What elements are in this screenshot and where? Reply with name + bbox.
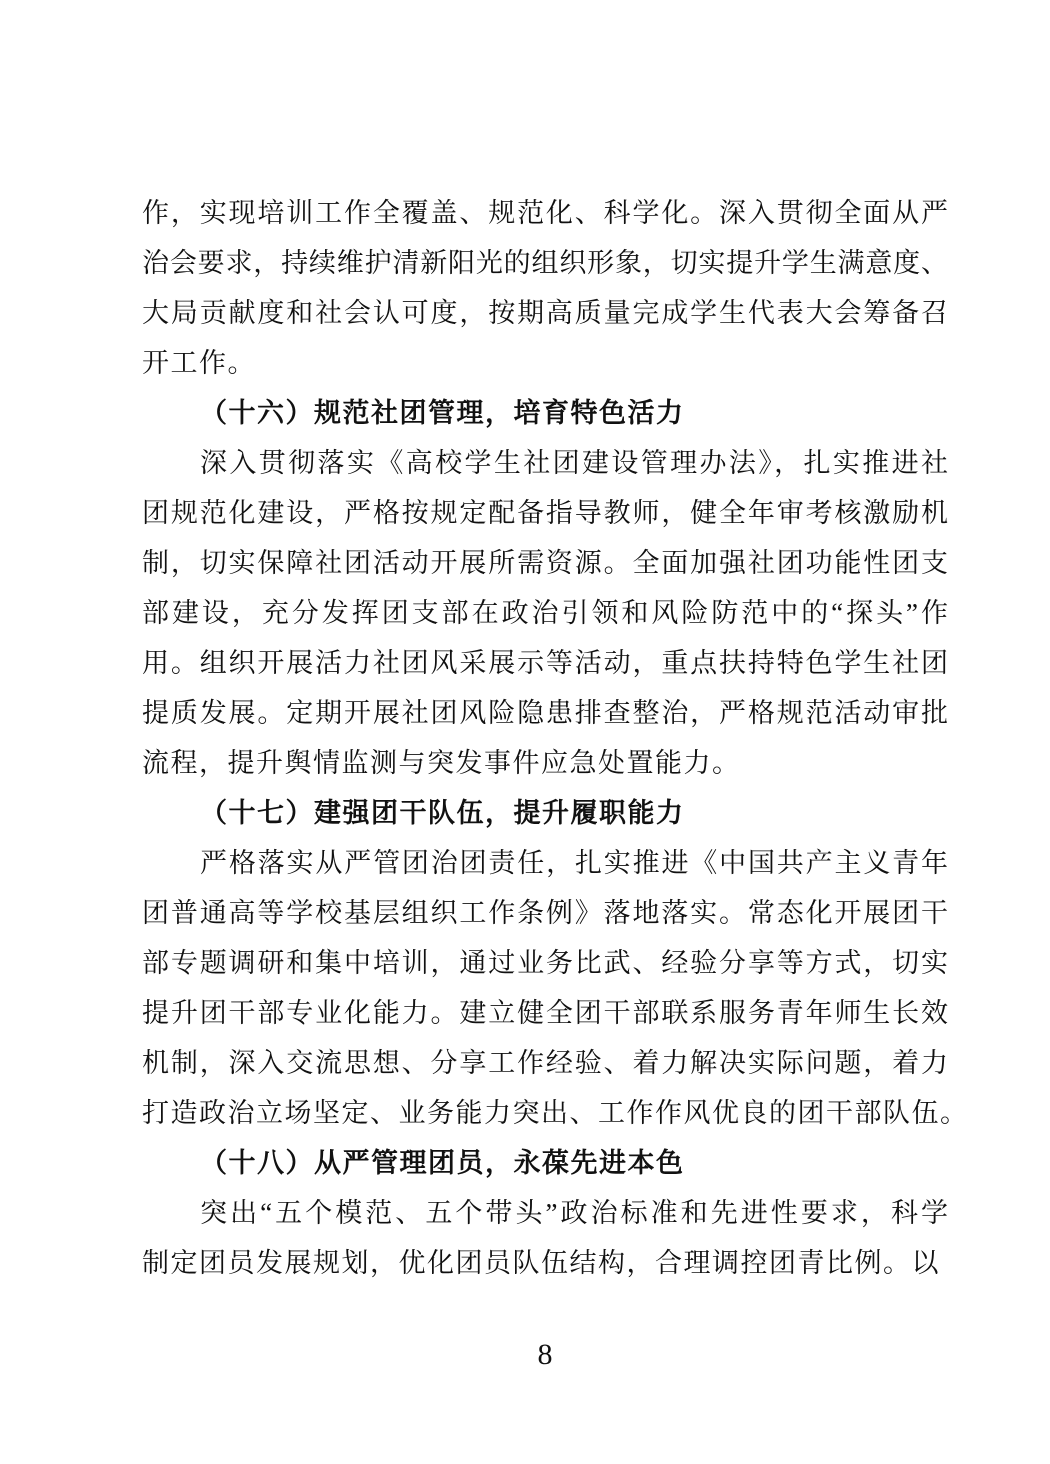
body-text-line: 提升团干部专业化能力。建立健全团干部联系服务青年师生长效	[142, 988, 948, 1038]
section-heading: （十八）从严管理团员，永葆先进本色	[142, 1138, 948, 1188]
body-text-line: 深入贯彻落实《高校学生社团建设管理办法》，扎实推进社	[142, 438, 948, 488]
body-text-line: 机制，深入交流思想、分享工作经验、着力解决实际问题，着力	[142, 1038, 948, 1088]
body-text-line: 流程，提升舆情监测与突发事件应急处置能力。	[142, 738, 948, 788]
body-text-line: 突出“五个模范、五个带头”政治标准和先进性要求，科学	[142, 1188, 948, 1238]
body-text-line: 团普通高等学校基层组织工作条例》落地落实。常态化开展团干	[142, 888, 948, 938]
body-text-line: 严格落实从严管团治团责任，扎实推进《中国共产主义青年	[142, 838, 948, 888]
body-text-line: 用。组织开展活力社团风采展示等活动，重点扶持特色学生社团	[142, 638, 948, 688]
page-number: 8	[142, 1330, 948, 1380]
document-page: 作，实现培训工作全覆盖、规范化、科学化。深入贯彻全面从严治会要求，持续维护清新阳…	[0, 0, 1050, 1464]
body-text-line: 部建设，充分发挥团支部在政治引领和风险防范中的“探头”作	[142, 588, 948, 638]
body-text-line: 提质发展。定期开展社团风险隐患排查整治，严格规范活动审批	[142, 688, 948, 738]
section-heading: （十六）规范社团管理，培育特色活力	[142, 388, 948, 438]
body-text-line: 治会要求，持续维护清新阳光的组织形象，切实提升学生满意度、	[142, 238, 948, 288]
body-text-line: 制，切实保障社团活动开展所需资源。全面加强社团功能性团支	[142, 538, 948, 588]
body-text-line: 作，实现培训工作全覆盖、规范化、科学化。深入贯彻全面从严	[142, 188, 948, 238]
section-heading: （十七）建强团干队伍，提升履职能力	[142, 788, 948, 838]
document-body: 作，实现培训工作全覆盖、规范化、科学化。深入贯彻全面从严治会要求，持续维护清新阳…	[142, 188, 948, 1288]
body-text-line: 大局贡献度和社会认可度，按期高质量完成学生代表大会筹备召	[142, 288, 948, 338]
body-text-line: 开工作。	[142, 338, 948, 388]
body-text-line: 团规范化建设，严格按规定配备指导教师，健全年审考核激励机	[142, 488, 948, 538]
body-text-line: 部专题调研和集中培训，通过业务比武、经验分享等方式，切实	[142, 938, 948, 988]
body-text-line: 打造政治立场坚定、业务能力突出、工作作风优良的团干部队伍。	[142, 1088, 948, 1138]
body-text-line: 制定团员发展规划，优化团员队伍结构，合理调控团青比例。以	[142, 1238, 948, 1288]
